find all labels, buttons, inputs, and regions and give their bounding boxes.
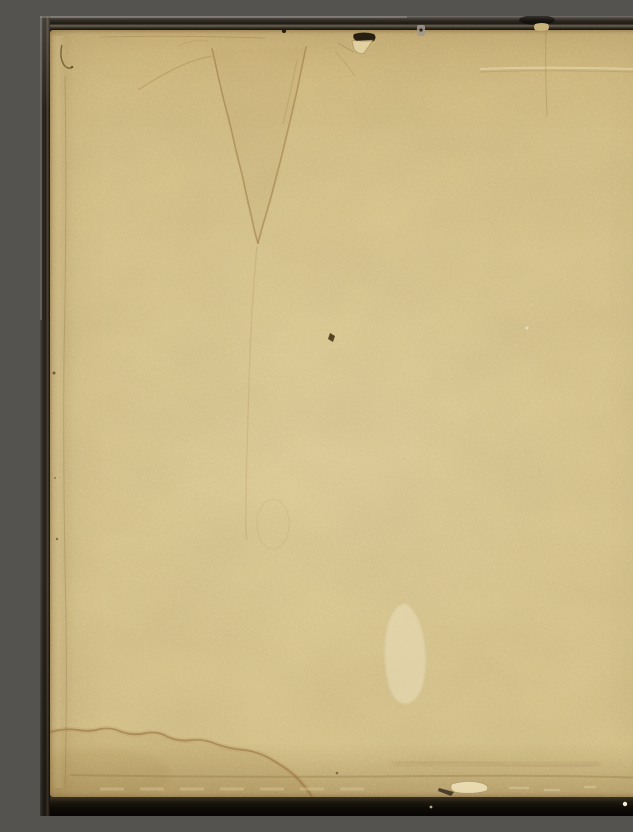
kraft-paper-backing bbox=[50, 30, 633, 797]
frame-top-edge bbox=[40, 16, 633, 30]
frame-outer-highlight-left bbox=[40, 16, 42, 320]
frame-outer-highlight-top bbox=[40, 16, 407, 18]
photo-back-of-framed-picture bbox=[40, 16, 633, 816]
